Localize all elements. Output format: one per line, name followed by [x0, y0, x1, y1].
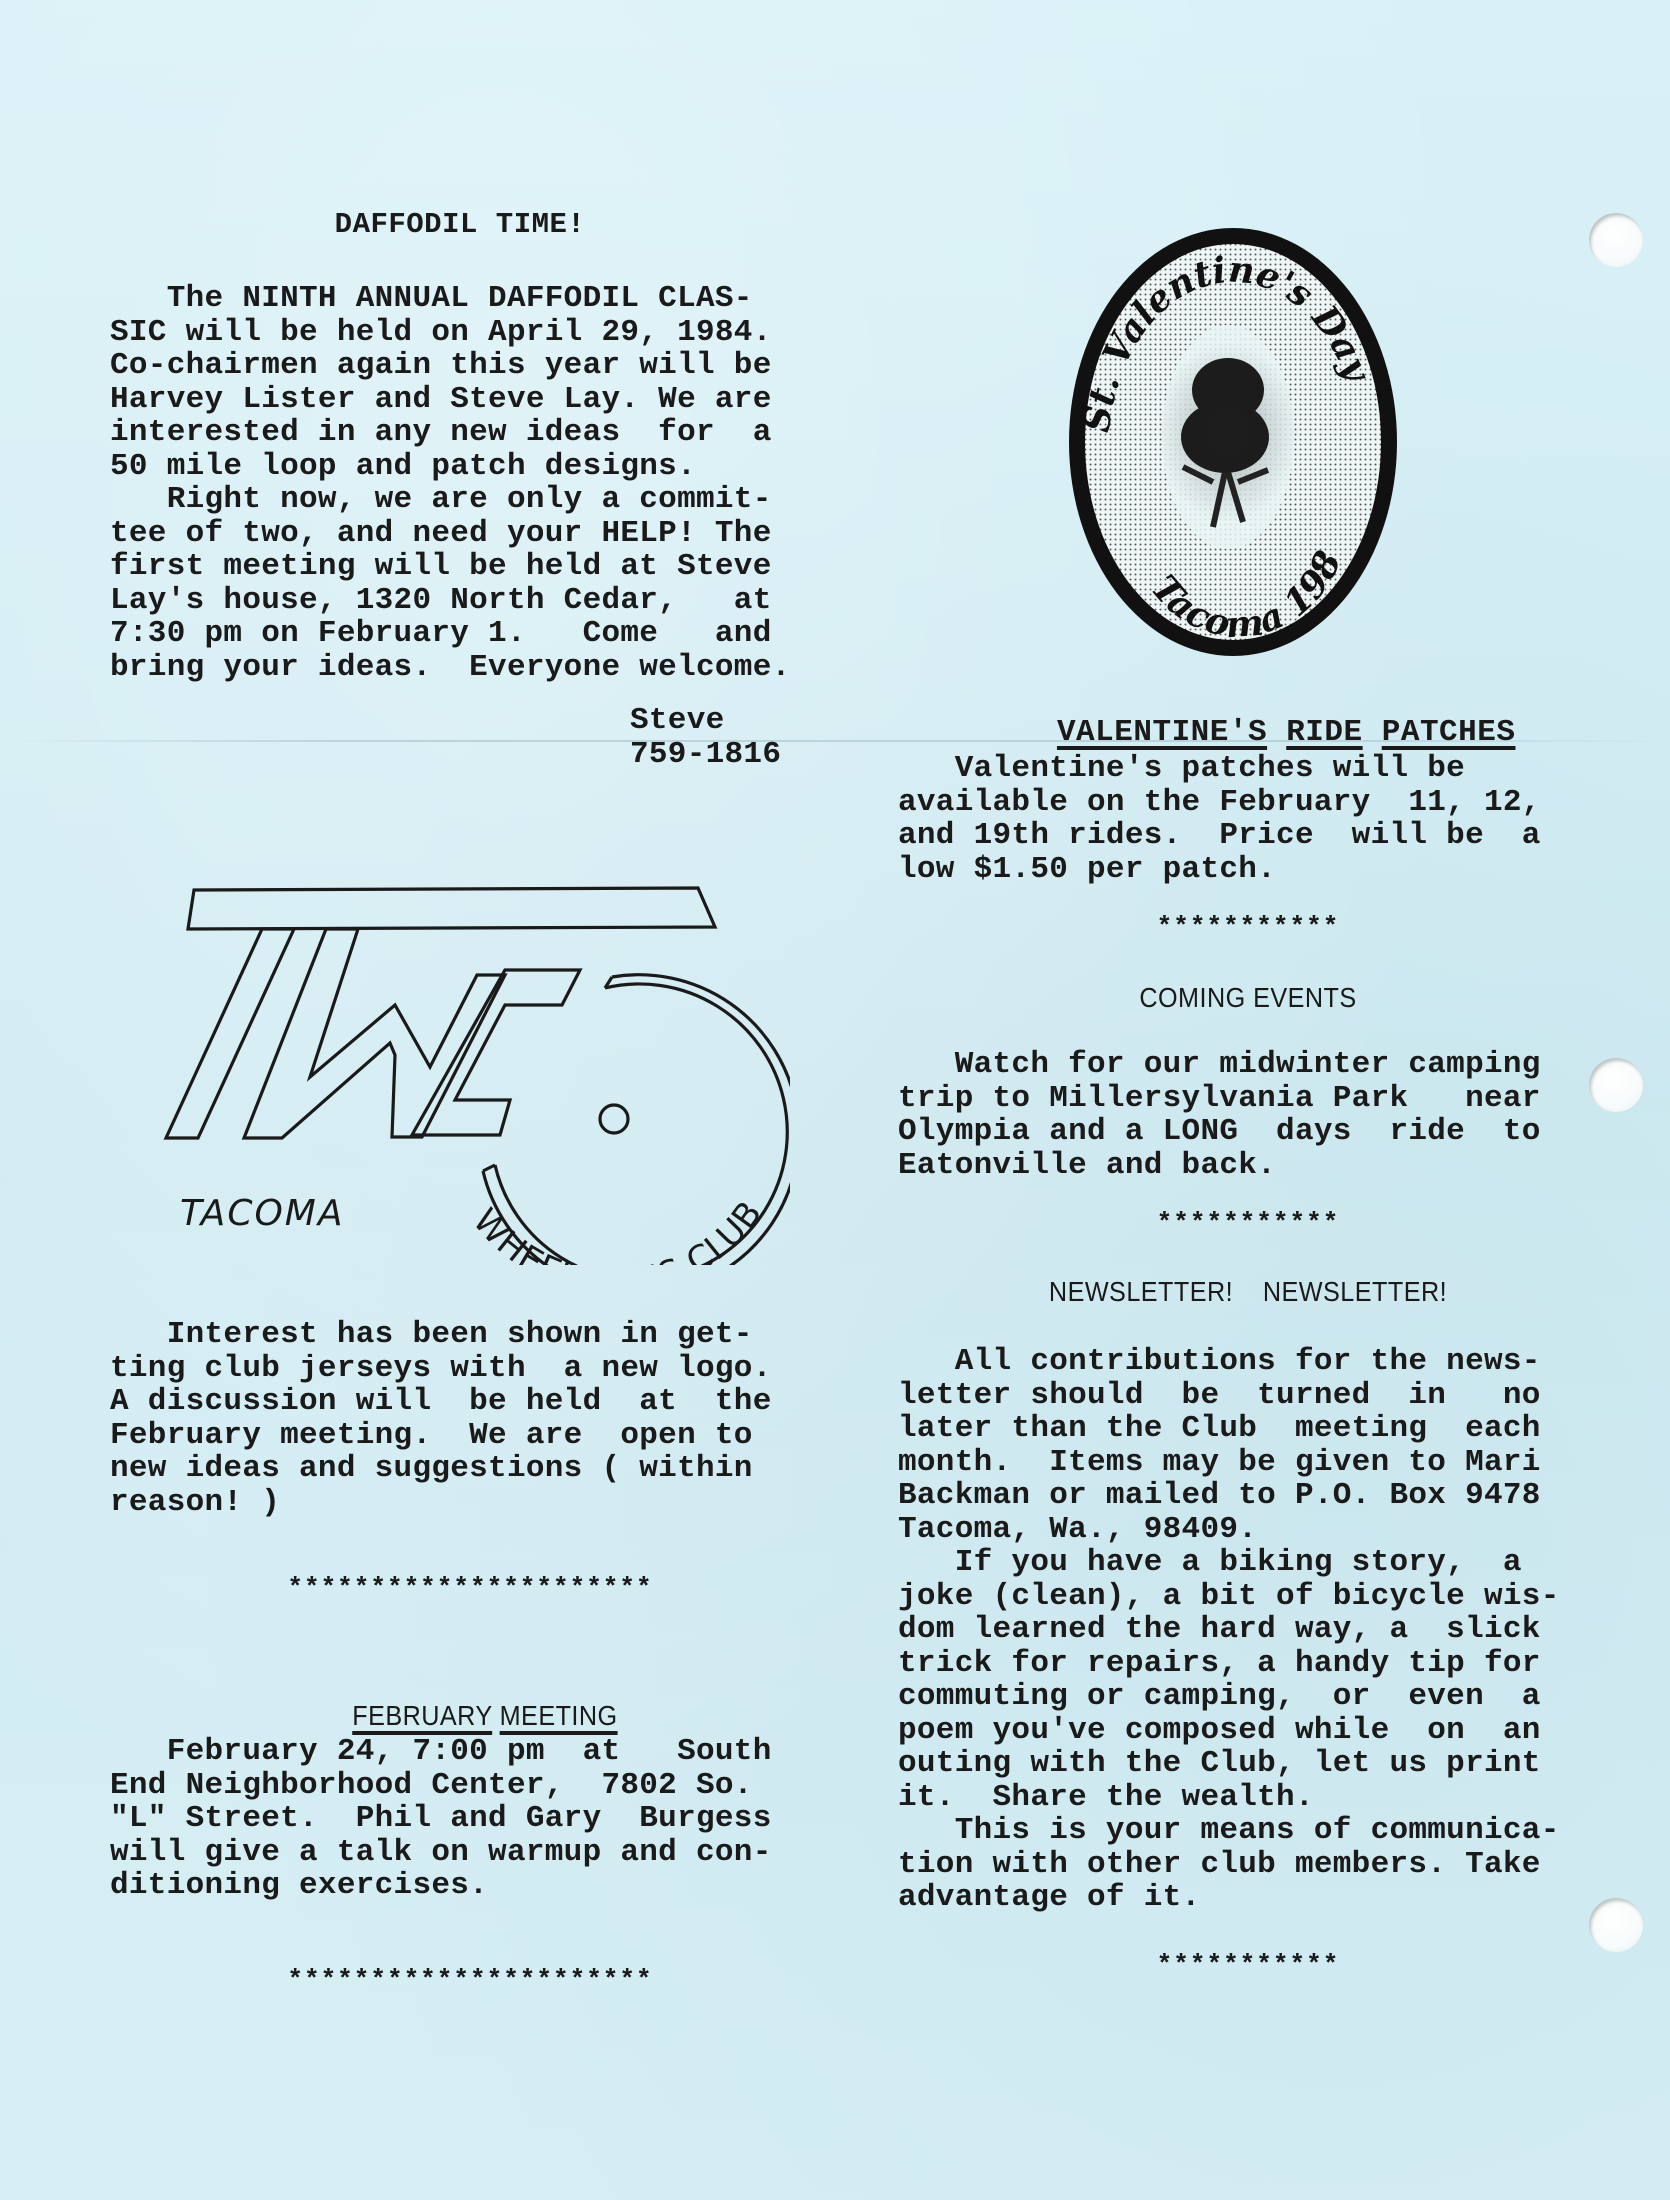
text-line: Olympia and a LONG days ride to: [898, 1115, 1598, 1149]
text-line: outing with the Club, let us print: [898, 1747, 1598, 1781]
coming-events-body: Watch for our midwinter campingtrip to M…: [898, 1048, 1598, 1182]
text-line: low $1.50 per patch.: [898, 853, 1598, 887]
february-meeting-body: February 24, 7:00 pm at SouthEnd Neighbo…: [110, 1735, 820, 1903]
text-line: it. Share the wealth.: [898, 1781, 1598, 1815]
text-line: ting club jerseys with a new logo.: [110, 1352, 820, 1386]
text-line: tion with other club members. Take: [898, 1848, 1598, 1882]
coming-events-article: COMING EVENTS: [898, 982, 1598, 1014]
text-line: Co-chairmen again this year will be: [110, 349, 820, 383]
text-line: new ideas and suggestions ( within: [110, 1452, 820, 1486]
text-line: If you have a biking story, a: [898, 1546, 1598, 1580]
daffodil-heading: DAFFODIL TIME!: [110, 208, 810, 241]
text-line: ditioning exercises.: [110, 1869, 820, 1903]
text-line: commuting or camping, or even a: [898, 1680, 1598, 1714]
signature-name: Steve: [630, 704, 781, 738]
separator-right-1: ***********: [898, 912, 1598, 942]
text-line: letter should be turned in no: [898, 1379, 1598, 1413]
logo-t-bar: [188, 888, 715, 929]
text-line: trick for repairs, a handy tip for: [898, 1647, 1598, 1681]
text-line: All contributions for the news-: [898, 1345, 1598, 1379]
coming-events-paragraph: Watch for our midwinter campingtrip to M…: [898, 1048, 1598, 1182]
text-line: joke (clean), a bit of bicycle wis-: [898, 1580, 1598, 1614]
text-line: Right now, we are only a commit-: [110, 483, 820, 517]
text-line: dom learned the hard way, a slick: [898, 1613, 1598, 1647]
text-line: Lay's house, 1320 North Cedar, at: [110, 584, 820, 618]
text-line: February 24, 7:00 pm at South: [110, 1735, 820, 1769]
separator-right-2: ***********: [898, 1208, 1598, 1238]
text-line: This is your means of communica-: [898, 1814, 1598, 1848]
separator-left-2: **********************: [110, 1965, 820, 1995]
jerseys-paragraph: Interest has been shown in get-ting club…: [110, 1318, 820, 1519]
text-line: trip to Millersylvania Park near: [898, 1082, 1598, 1116]
valentines-paragraph: Valentine's patches will beavailable on …: [898, 752, 1598, 886]
newsletter-paragraphs: All contributions for the news-letter sh…: [898, 1345, 1598, 1915]
text-line: Tacoma, Wa., 98409.: [898, 1513, 1598, 1547]
text-line: Interest has been shown in get-: [110, 1318, 820, 1352]
separator-left-1: **********************: [110, 1573, 820, 1603]
daffodil-article: DAFFODIL TIME!: [110, 208, 820, 241]
text-line: Watch for our midwinter camping: [898, 1048, 1598, 1082]
separator-right-3: ***********: [898, 1950, 1598, 1980]
text-line: interested in any new ideas for a: [110, 416, 820, 450]
st-valentines-day-patch-image: St. Valentine's Day Tacoma 1984: [1063, 222, 1403, 662]
text-line: later than the Club meeting each: [898, 1412, 1598, 1446]
text-line: Eatonville and back.: [898, 1149, 1598, 1183]
text-line: month. Items may be given to Mari: [898, 1446, 1598, 1480]
text-line: 7:30 pm on February 1. Come and: [110, 617, 820, 651]
jerseys-article: Interest has been shown in get-ting club…: [110, 1318, 820, 1519]
text-line: tee of two, and need your HELP! The: [110, 517, 820, 551]
text-line: bring your ideas. Everyone welcome.: [110, 651, 820, 685]
text-line: available on the February 11, 12,: [898, 786, 1598, 820]
svg-text:TACOMA: TACOMA: [180, 1193, 344, 1234]
text-line: A discussion will be held at the: [110, 1385, 820, 1419]
text-line: Harvey Lister and Steve Lay. We are: [110, 383, 820, 417]
text-line: advantage of it.: [898, 1881, 1598, 1915]
daffodil-signature: Steve 759-1816: [630, 704, 781, 771]
text-line: Valentine's patches will be: [898, 752, 1598, 786]
february-meeting-paragraph: February 24, 7:00 pm at SouthEnd Neighbo…: [110, 1735, 820, 1903]
text-line: will give a talk on warmup and con-: [110, 1836, 820, 1870]
text-line: and 19th rides. Price will be a: [898, 819, 1598, 853]
signature-phone: 759-1816: [630, 738, 781, 772]
newsletter-article: NEWSLETTER! NEWSLETTER!: [898, 1276, 1598, 1308]
text-line: February meeting. We are open to: [110, 1419, 820, 1453]
text-line: "L" Street. Phil and Gary Burgess: [110, 1802, 820, 1836]
text-line: first meeting will be held at Steve: [110, 550, 820, 584]
text-line: End Neighborhood Center, 7802 So.: [110, 1769, 820, 1803]
text-line: 50 mile loop and patch designs.: [110, 450, 820, 484]
coming-events-heading: COMING EVENTS: [933, 982, 1563, 1014]
daffodil-paragraphs: The NINTH ANNUAL DAFFODIL CLAS-SIC will …: [110, 282, 820, 684]
newsletter-body: All contributions for the news-letter sh…: [898, 1345, 1598, 1915]
text-line: The NINTH ANNUAL DAFFODIL CLAS-: [110, 282, 820, 316]
binder-hole-top: [1589, 213, 1643, 267]
text-line: Backman or mailed to P.O. Box 9478: [898, 1479, 1598, 1513]
newsletter-heading: NEWSLETTER! NEWSLETTER!: [933, 1276, 1563, 1308]
valentines-body: Valentine's patches will beavailable on …: [898, 752, 1598, 886]
daffodil-body: The NINTH ANNUAL DAFFODIL CLAS-SIC will …: [110, 282, 820, 684]
text-line: SIC will be held on April 29, 1984.: [110, 316, 820, 350]
text-line: poem you've composed while on an: [898, 1714, 1598, 1748]
text-line: reason! ): [110, 1486, 820, 1520]
twc-club-logo: TACOMA WHEELMEN'S CLUB: [150, 855, 790, 1265]
